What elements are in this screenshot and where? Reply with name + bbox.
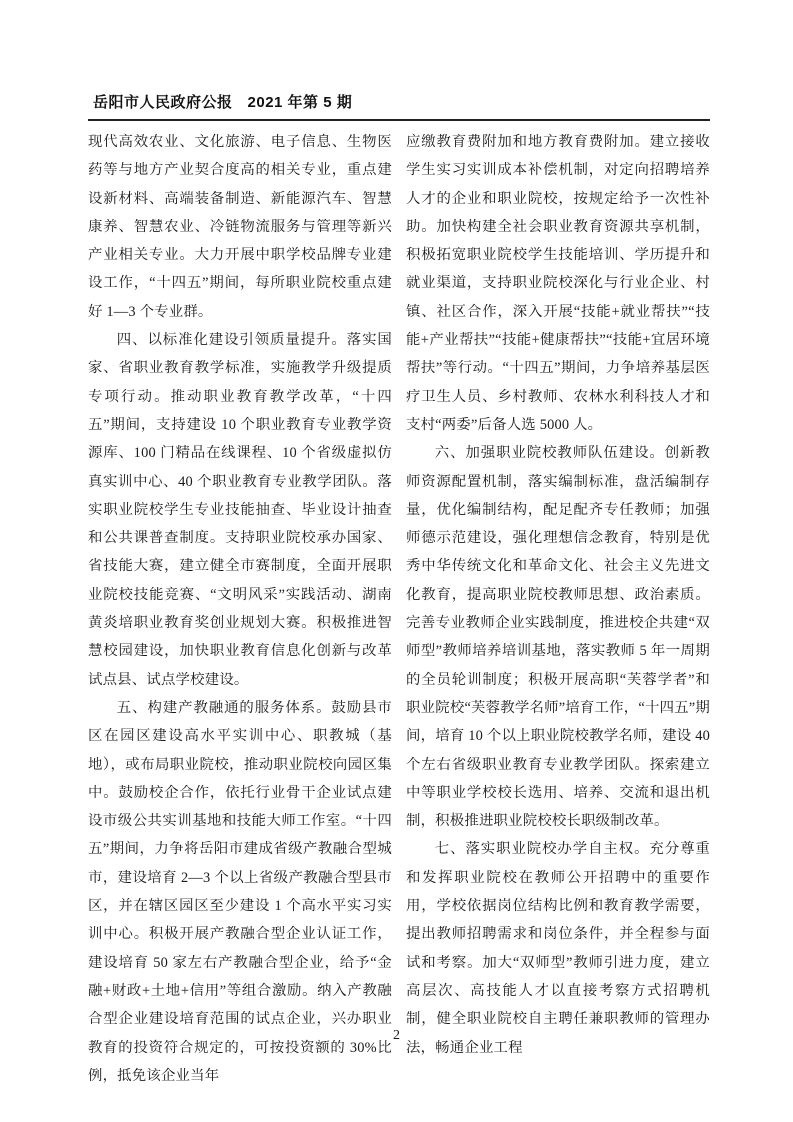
paragraph: 四、以标准化建设引领质量提升。落实国家、省职业教育教学标准，实施教学升级提质专项… (88, 326, 392, 694)
text-columns: 现代高效农业、文化旅游、电子信息、生物医药等与地方产业契合度高的相关专业，重点建… (88, 128, 710, 1090)
paragraph: 六、加强职业院校教师队伍建设。创新教师资源配置机制，落实编制标准，盘活编制存量，… (406, 439, 710, 835)
paragraph: 应缴教育费附加和地方教育费附加。建立接收学生实习实训成本补偿机制，对定向招聘培养… (406, 128, 710, 439)
left-column: 现代高效农业、文化旅游、电子信息、生物医药等与地方产业契合度高的相关专业，重点建… (88, 128, 392, 1090)
gazette-title: 岳阳市人民政府公报 (93, 94, 233, 111)
gazette-issue: 2021 年第 5 期 (248, 94, 353, 111)
header-rule (88, 119, 710, 121)
right-column: 应缴教育费附加和地方教育费附加。建立接收学生实习实训成本补偿机制，对定向招聘培养… (406, 128, 710, 1090)
paragraph: 现代高效农业、文化旅游、电子信息、生物医药等与地方产业契合度高的相关专业，重点建… (88, 128, 392, 326)
page-number: 2 (0, 1028, 793, 1044)
document-page: 岳阳市人民政府公报2021 年第 5 期 现代高效农业、文化旅游、电子信息、生物… (0, 0, 793, 1122)
page-header: 岳阳市人民政府公报2021 年第 5 期 (93, 91, 713, 112)
